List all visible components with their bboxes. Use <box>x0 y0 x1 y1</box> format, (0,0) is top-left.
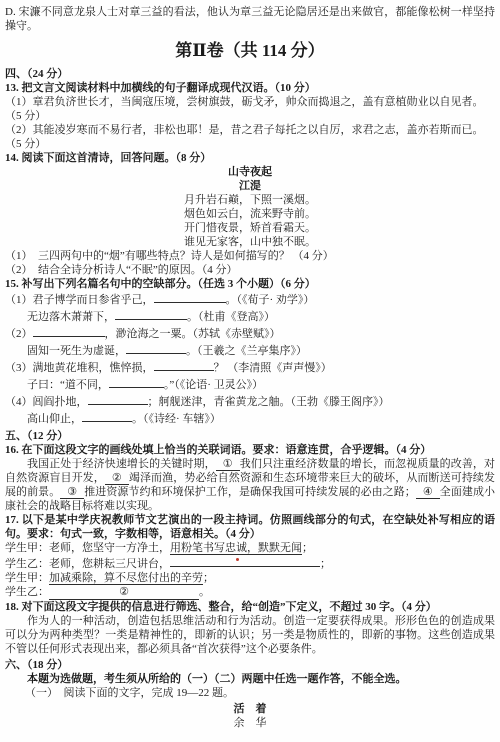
text-segment: 。（杜甫《登高》） <box>187 311 275 323</box>
poem-author: 江湜 <box>5 179 495 193</box>
text-segment: 高山仰止， <box>27 413 82 425</box>
q15-item: 子曰：“道不同，。”（《论语· 卫灵公》） <box>27 376 495 393</box>
text-segment: 无边落木萧萧下， <box>27 311 115 323</box>
section5-title: 五、（12 分） <box>5 429 495 443</box>
answer-blank <box>126 342 186 354</box>
text-segment: 。（《诗经· 车辖》） <box>132 413 221 425</box>
q14-sub-question-2: （2） 结合全诗分析诗人“不眠”的原因。（4 分） <box>5 263 495 277</box>
text-segment: 。”（《论语· 卫灵公》） <box>164 379 263 391</box>
underlined-phrase: 加减乘除，算不尽您付出的辛劳 <box>49 572 203 585</box>
q13-stem: 13. 把文言文阅读材料中加横线的句子翻译成现代汉语。（10 分） <box>5 81 495 95</box>
q13-item-2-text: （2）其能凌岁寒而不易行者，非松也耶！是，昔之君子每托之以自厉，求君之志，盖亦若… <box>5 123 495 137</box>
q15-stem: 15. 补写出下列名篇名句中的空缺部分。（任选 3 个小题）（6 分） <box>5 277 495 291</box>
answer-blank <box>154 359 214 371</box>
text-segment: 固知一死生为虚诞， <box>27 345 126 357</box>
text-segment: 推进资源节约和环境保护工作，是确保我国可持续发展的必由之路； <box>84 486 416 498</box>
q18-stem: 18. 对下面这段文字提供的信息进行筛选、整合，给“创造”下定义，不超过 30 … <box>5 600 495 614</box>
volume-title: 第Ⅱ卷（共 114 分） <box>5 40 495 61</box>
q14-stem: 14. 阅读下面这首清诗，回答问题。（8 分） <box>5 151 495 165</box>
q17-stem: 17. 以下是某中学庆祝教师节文艺演出的一段主持词。仿照画线部分的句式，在空缺处… <box>5 513 495 541</box>
q13-item-1-score: （5 分） <box>5 109 495 123</box>
text-segment: （1）君子博学而日参省乎己， <box>5 294 154 306</box>
stray-red-mark <box>236 558 239 561</box>
section6-note: 本题为选做题，考生须从所给的（一）（二）两题中任选一题作答，不能全选。 <box>5 672 495 686</box>
q14-sub-question-1: （1） 三四两句中的“烟”有哪些特点？诗人是如何描写的？ （4 分） <box>5 249 495 263</box>
q15-item: （1）君子博学而日参省乎己，。（《荀子· 劝学》） <box>5 291 495 308</box>
text-segment: ；舸舰迷津，青雀黄龙之舳。（王勃《滕王阁序》） <box>148 396 390 408</box>
q15-items: （1）君子博学而日参省乎己，。（《荀子· 劝学》） 无边落木萧萧下，。（杜甫《登… <box>5 291 495 427</box>
text-segment: ？ （李清照《声声慢》） <box>214 362 332 374</box>
q15-item: （2），渺沧海之一粟。（苏轼《赤壁赋》） <box>5 325 495 342</box>
q17-dialogue-line: 学生甲：老师，您坚守一方净土，用粉笔书写忠诚，默默无闻； <box>5 541 495 555</box>
speaker-label: 学生乙： <box>5 586 49 598</box>
exam-paper-page: D. 宋濂不同意龙泉人士对章三益的看法，他认为章三益无论隐居还是出来做官，都能像… <box>0 0 500 742</box>
section6-title: 六、（18 分） <box>5 658 495 672</box>
section6-part1-intro: （一） 阅读下面的文字，完成 19—22 题。 <box>25 686 495 700</box>
poem-line: 烟色如云白，流来野寺前。 <box>5 207 495 221</box>
option-d-text: D. 宋濂不同意龙泉人士对章三益的看法，他认为章三益无论隐居还是出来做官，都能像… <box>5 5 495 33</box>
q13-item-1-text: （1）章君负济世长才，当闽寇压境，尝树旗鼓，砺戈矛，帅众而捣退之，盖有意植勋业以… <box>5 95 495 109</box>
text-segment: 老师，您坚守一方净土， <box>49 542 170 554</box>
q15-item: （4）闾阎扑地，；舸舰迷津，青雀黄龙之舳。（王勃《滕王阁序》） <box>5 393 495 410</box>
q15-item: 高山仰止，。（《诗经· 车辖》） <box>27 410 495 427</box>
q17-dialogue-line: 学生乙：②。 <box>5 585 495 600</box>
speaker-label: 学生甲： <box>5 542 49 554</box>
q17-dialogue-line: 学生乙：老师，您耕耘三尺讲台，； <box>5 555 495 571</box>
circled-number-blank: ① <box>216 458 240 471</box>
answer-blank <box>33 325 105 337</box>
q16-passage: 我国正处于经济快速增长的关键时期，①我们只注重经济数量的增长，而忽视质量的改善，… <box>5 457 495 513</box>
q16-stem: 16. 在下面这段文字的画线处填上恰当的关联词语。要求：语意连贯，合乎逻辑。（4… <box>5 443 495 457</box>
q17-dialogue-line: 学生甲：加减乘除，算不尽您付出的辛劳； <box>5 571 495 585</box>
answer-blank-with-label: ② <box>49 585 199 600</box>
answer-blank <box>109 376 164 388</box>
text-segment: 。（王羲之《兰亭集序》） <box>186 345 307 357</box>
section4-title: 四、（24 分） <box>5 67 495 81</box>
underlined-phrase: 用粉笔书写忠诚，默默无闻 <box>170 542 302 555</box>
circled-number-blank: ③ <box>60 486 84 499</box>
text-segment: 我国正处于经济快速增长的关键时期， <box>27 458 216 470</box>
q15-item: （3）满地黄花堆积，憔悴损，？ （李清照《声声慢》） <box>5 359 495 376</box>
text-segment: ； <box>203 572 214 584</box>
text-segment: 子曰：“道不同， <box>27 379 109 391</box>
poem-block: 山寺夜起 江湜 月升岩石巅，下照一溪烟。 烟色如云白，流来野寺前。 开门惜夜景，… <box>5 165 495 249</box>
text-segment: （2） <box>5 328 33 340</box>
q13-item-2-score: （5 分） <box>5 137 495 151</box>
text-segment: ； <box>302 542 313 554</box>
poem-title: 山寺夜起 <box>5 165 495 179</box>
text-segment: 。（《荀子· 劝学》） <box>226 294 315 306</box>
poem-line: 开门惜夜景，矫首看霜天。 <box>5 221 495 235</box>
reading-author: 余 华 <box>5 716 495 730</box>
text-segment: （3）满地黄花堆积，憔悴损， <box>5 362 154 374</box>
reading-title: 活 着 <box>5 702 495 716</box>
circled-number-blank: ② <box>105 472 129 485</box>
speaker-label: 学生乙： <box>5 558 49 570</box>
q18-passage: 作为人的一种活动，创造包括思维活动和行为活动。创造一定要获得成果。形形色色的创造… <box>5 614 495 656</box>
text-segment: （4）闾阎扑地， <box>5 396 88 408</box>
text-segment: ； <box>320 558 331 570</box>
answer-blank <box>82 410 132 422</box>
circled-number-blank: ④ <box>416 486 440 499</box>
text-segment: 老师，您耕耘三尺讲台， <box>49 558 170 570</box>
q15-item: 固知一死生为虚诞，。（王羲之《兰亭集序》） <box>27 342 495 359</box>
answer-blank <box>88 393 148 405</box>
poem-line: 月升岩石巅，下照一溪烟。 <box>5 193 495 207</box>
q15-item: 无边落木萧萧下，。（杜甫《登高》） <box>27 308 495 325</box>
answer-blank <box>154 291 226 303</box>
poem-line: 谁见无家客，山中独不眠。 <box>5 235 495 249</box>
text-segment: 。 <box>199 586 210 598</box>
answer-blank <box>170 555 320 567</box>
text-segment: ，渺沧海之一粟。（苏轼《赤壁赋》） <box>105 328 281 340</box>
answer-blank <box>115 308 187 320</box>
speaker-label: 学生甲： <box>5 572 49 584</box>
